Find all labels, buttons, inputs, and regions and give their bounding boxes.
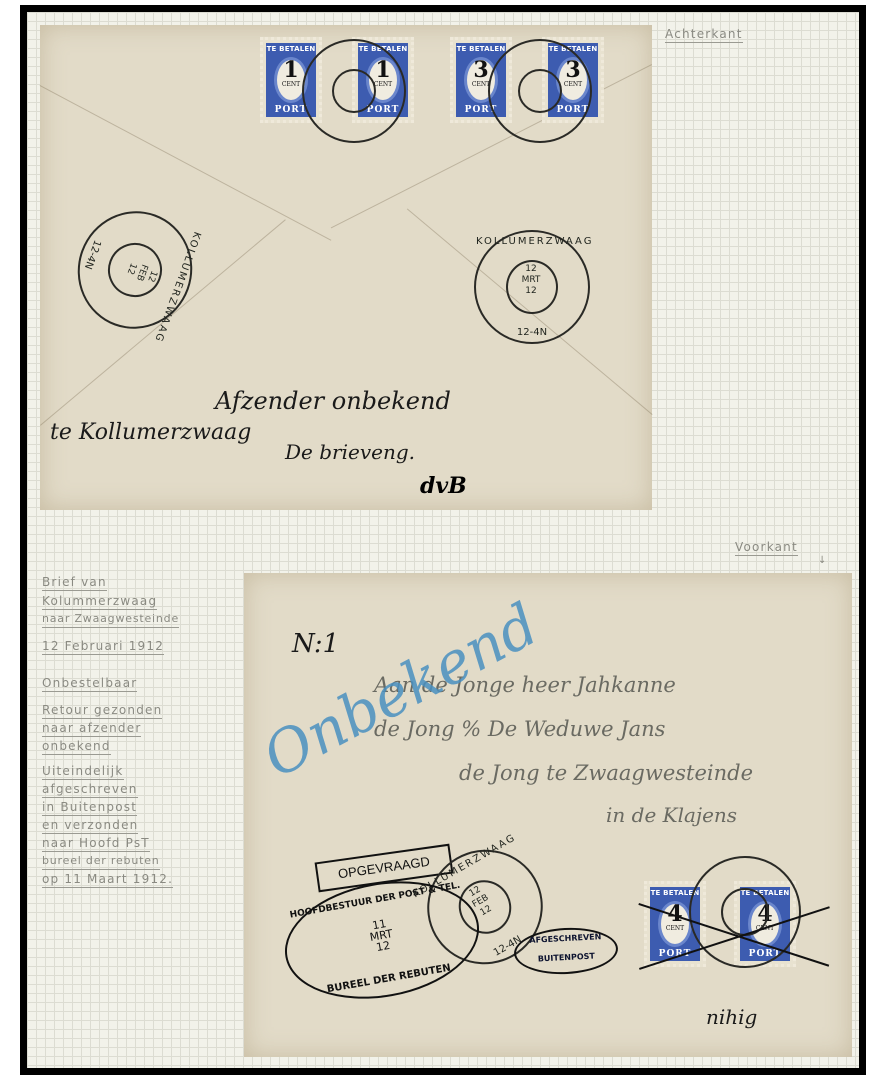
note-line: Brief van [42,575,107,591]
note-line: afgeschreven [42,782,138,798]
note-line: op 11 Maart 1912. [42,872,173,888]
address-line: in de Klajens [606,803,737,827]
note-line: naar Hoofd PsT [42,836,150,852]
rebuten-oval-stamp: HOOFDBESTUUR DER POST & TEL. 11 MRT 12 B… [276,867,489,1013]
postmark-cancel [302,39,406,143]
signature: dvB [420,473,467,499]
handwriting-afzender-onbekend: Afzender onbekend [215,387,451,415]
address-line: de Jong te Zwaagwesteinde [459,761,753,785]
note-line: naar Zwaagwesteinde [42,612,179,628]
arrow-down-icon: ↓ [818,555,826,566]
note-line: in Buitenpost [42,800,137,816]
note-line: onbekend [42,739,111,755]
note-line: en verzonden [42,818,138,834]
note-line: Onbestelbaar [42,676,137,692]
handwriting-brievenbesteller: De brieveng. [285,440,415,464]
handwriting-te-kollumerzwaag: te Kollumerzwaag [50,420,251,445]
stamp-top-text: TE BETALEN [266,45,316,53]
note-line: bureel der rebuten [42,854,160,870]
cover-front: N:1 Aan de Jonge heer Jahkanne de Jong %… [244,573,852,1057]
postmark-cancel [488,39,592,143]
cover-number: N:1 [292,629,339,659]
stamp-top-text: TE BETALEN [456,45,506,53]
address-line: de Jong % De Weduwe Jans [374,717,665,741]
note-line: Kolummerzwaag [42,594,157,610]
note-line: 12 Februari 1912 [42,639,164,655]
note-line: Retour gezonden [42,703,162,719]
label-front: Voorkant [735,540,798,556]
postmark-kollumerzwaag-feb: KOLLUMERZWAAG 12 FEB 12 12-4N [61,195,208,345]
postmark-kollumerzwaag-mrt: KOLLUMERZWAAG 12 MRT 12 12-4N [474,230,590,344]
note-line: naar afzender [42,721,141,737]
note-line: Uiteindelijk [42,764,124,780]
initials: nihig [706,1005,757,1029]
cover-back: TE BETALEN 1 CENT PORT TE BETALEN 1 CENT… [40,25,652,510]
label-back: Achterkant [665,27,743,43]
